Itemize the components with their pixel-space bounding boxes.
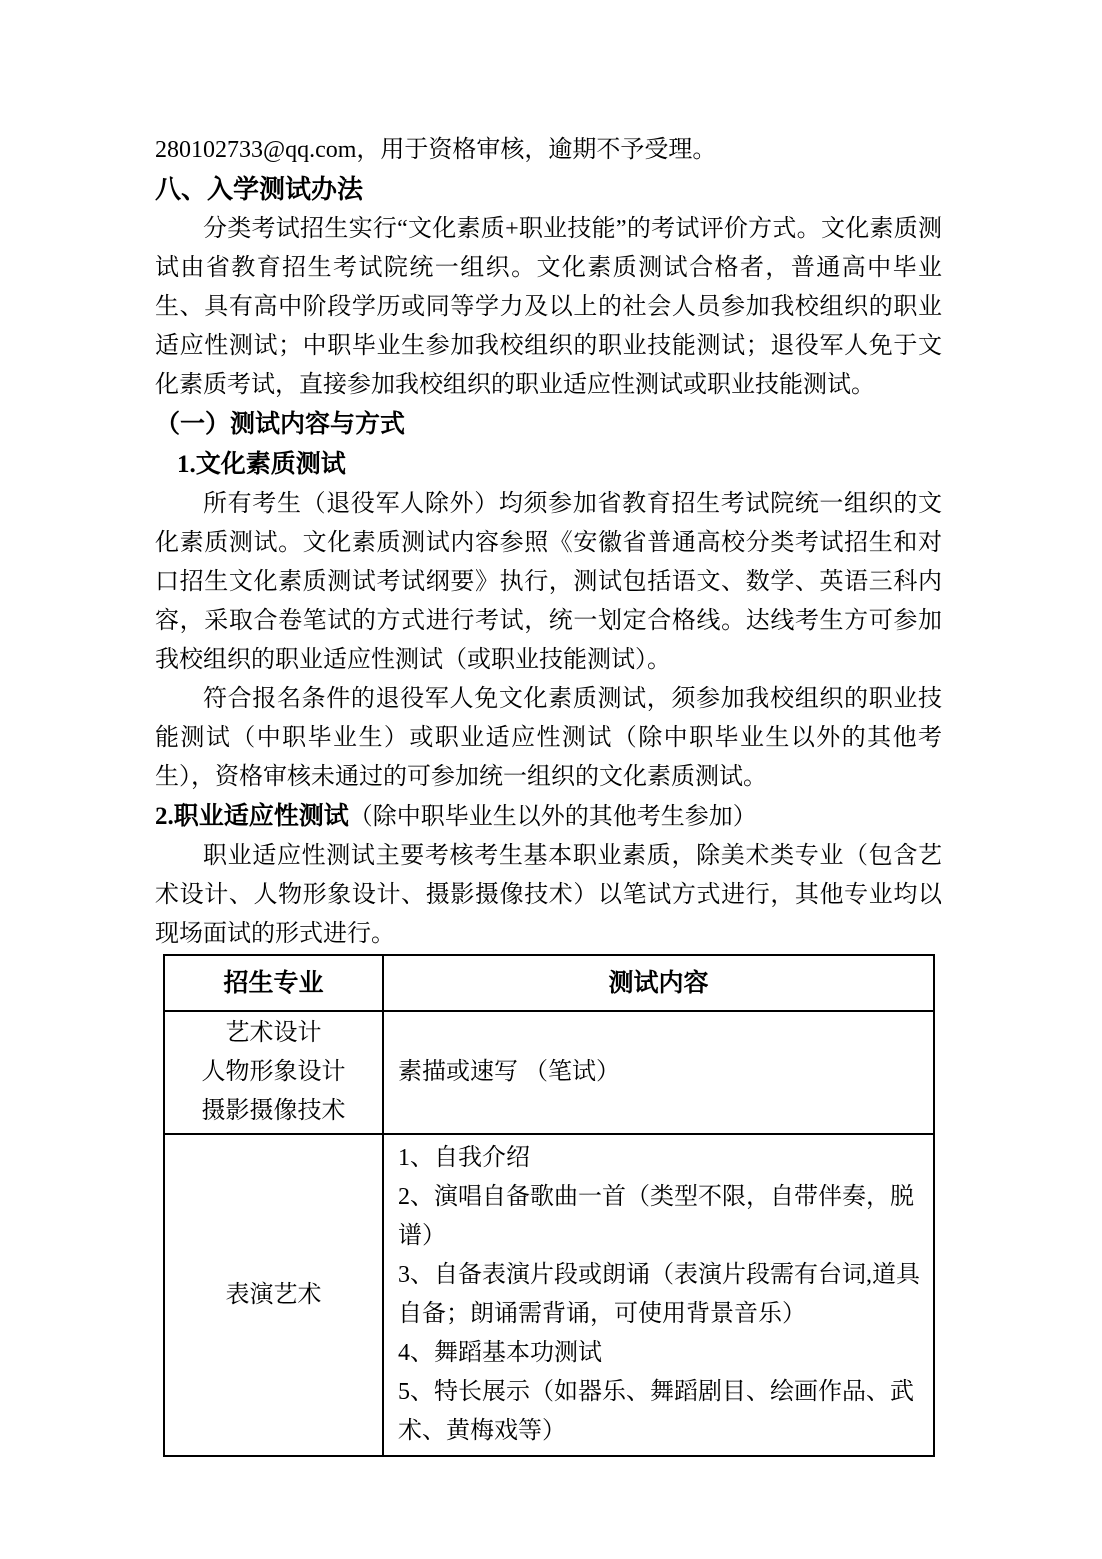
heading-item-2-bold-text: 2.职业适应性测试 <box>155 803 349 830</box>
cell-performing-art-major: 表演艺术 <box>164 1134 383 1456</box>
heading-item-1-culture-test: 1.文化素质测试 <box>155 445 942 485</box>
cell-performing-art-test-content: 1、自我介绍 2、演唱自备歌曲一首（类型不限，自带伴奏，脱谱） 3、自备表演片段… <box>383 1134 934 1456</box>
document-page: 280102733@qq.com，用于资格审核，逾期不予受理。 八、入学测试办法… <box>0 0 1102 1559</box>
heading-subsection-1-test-content: （一）测试内容与方式 <box>155 405 942 445</box>
major-performing-art: 表演艺术 <box>169 1276 378 1315</box>
paragraph-veteran-exemption: 符合报名条件的退役军人免文化素质测试，须参加我校组织的职业技能测试（中职毕业生）… <box>155 680 942 797</box>
table-row-art-majors: 艺术设计 人物形象设计 摄影摄像技术 素描或速写 （笔试） <box>164 1011 934 1134</box>
admission-test-table: 招生专业 测试内容 艺术设计 人物形象设计 摄影摄像技术 素描或速写 （笔试） … <box>163 954 935 1457</box>
major-art-design: 艺术设计 <box>169 1014 378 1053</box>
cell-art-majors: 艺术设计 人物形象设计 摄影摄像技术 <box>164 1011 383 1134</box>
paragraph-contact-continued: 280102733@qq.com，用于资格审核，逾期不予受理。 <box>155 130 942 170</box>
table-header-row: 招生专业 测试内容 <box>164 955 934 1011</box>
cell-art-test-content: 素描或速写 （笔试） <box>383 1011 934 1134</box>
major-photography-tech: 摄影摄像技术 <box>169 1092 378 1131</box>
test-item-self-introduction: 1、自我介绍 <box>398 1139 923 1178</box>
test-item-dance-basics: 4、舞蹈基本功测试 <box>398 1334 923 1373</box>
test-item-singing: 2、演唱自备歌曲一首（类型不限，自带伴奏，脱谱） <box>398 1178 923 1256</box>
paragraph-aptitude-test: 职业适应性测试主要考核考生基本职业素质，除美术类专业（包含艺术设计、人物形象设计… <box>155 837 942 954</box>
major-figure-image-design: 人物形象设计 <box>169 1053 378 1092</box>
paragraph-exam-overview: 分类考试招生实行“文化素质+职业技能”的考试评价方式。文化素质测试由省教育招生考… <box>155 210 942 405</box>
heading-item-2-aptitude-test: 2.职业适应性测试（除中职毕业生以外的其他考生参加） <box>155 797 942 837</box>
table-header-major: 招生专业 <box>164 955 383 1011</box>
heading-section-8: 八、入学测试办法 <box>155 170 942 210</box>
table-row-performing-art: 表演艺术 1、自我介绍 2、演唱自备歌曲一首（类型不限，自带伴奏，脱谱） 3、自… <box>164 1134 934 1456</box>
heading-item-2-note-text: （除中职毕业生以外的其他考生参加） <box>349 804 757 830</box>
test-item-sketch: 素描或速写 （笔试） <box>398 1053 923 1092</box>
test-item-acting-recitation: 3、自备表演片段或朗诵（表演片段需有台词,道具自备；朗诵需背诵，可使用背景音乐） <box>398 1256 923 1334</box>
paragraph-culture-test: 所有考生（退役军人除外）均须参加省教育招生考试院统一组织的文化素质测试。文化素质… <box>155 485 942 680</box>
table-header-test-content: 测试内容 <box>383 955 934 1011</box>
test-item-talent-show: 5、特长展示（如器乐、舞蹈剧目、绘画作品、武术、黄梅戏等） <box>398 1373 923 1451</box>
